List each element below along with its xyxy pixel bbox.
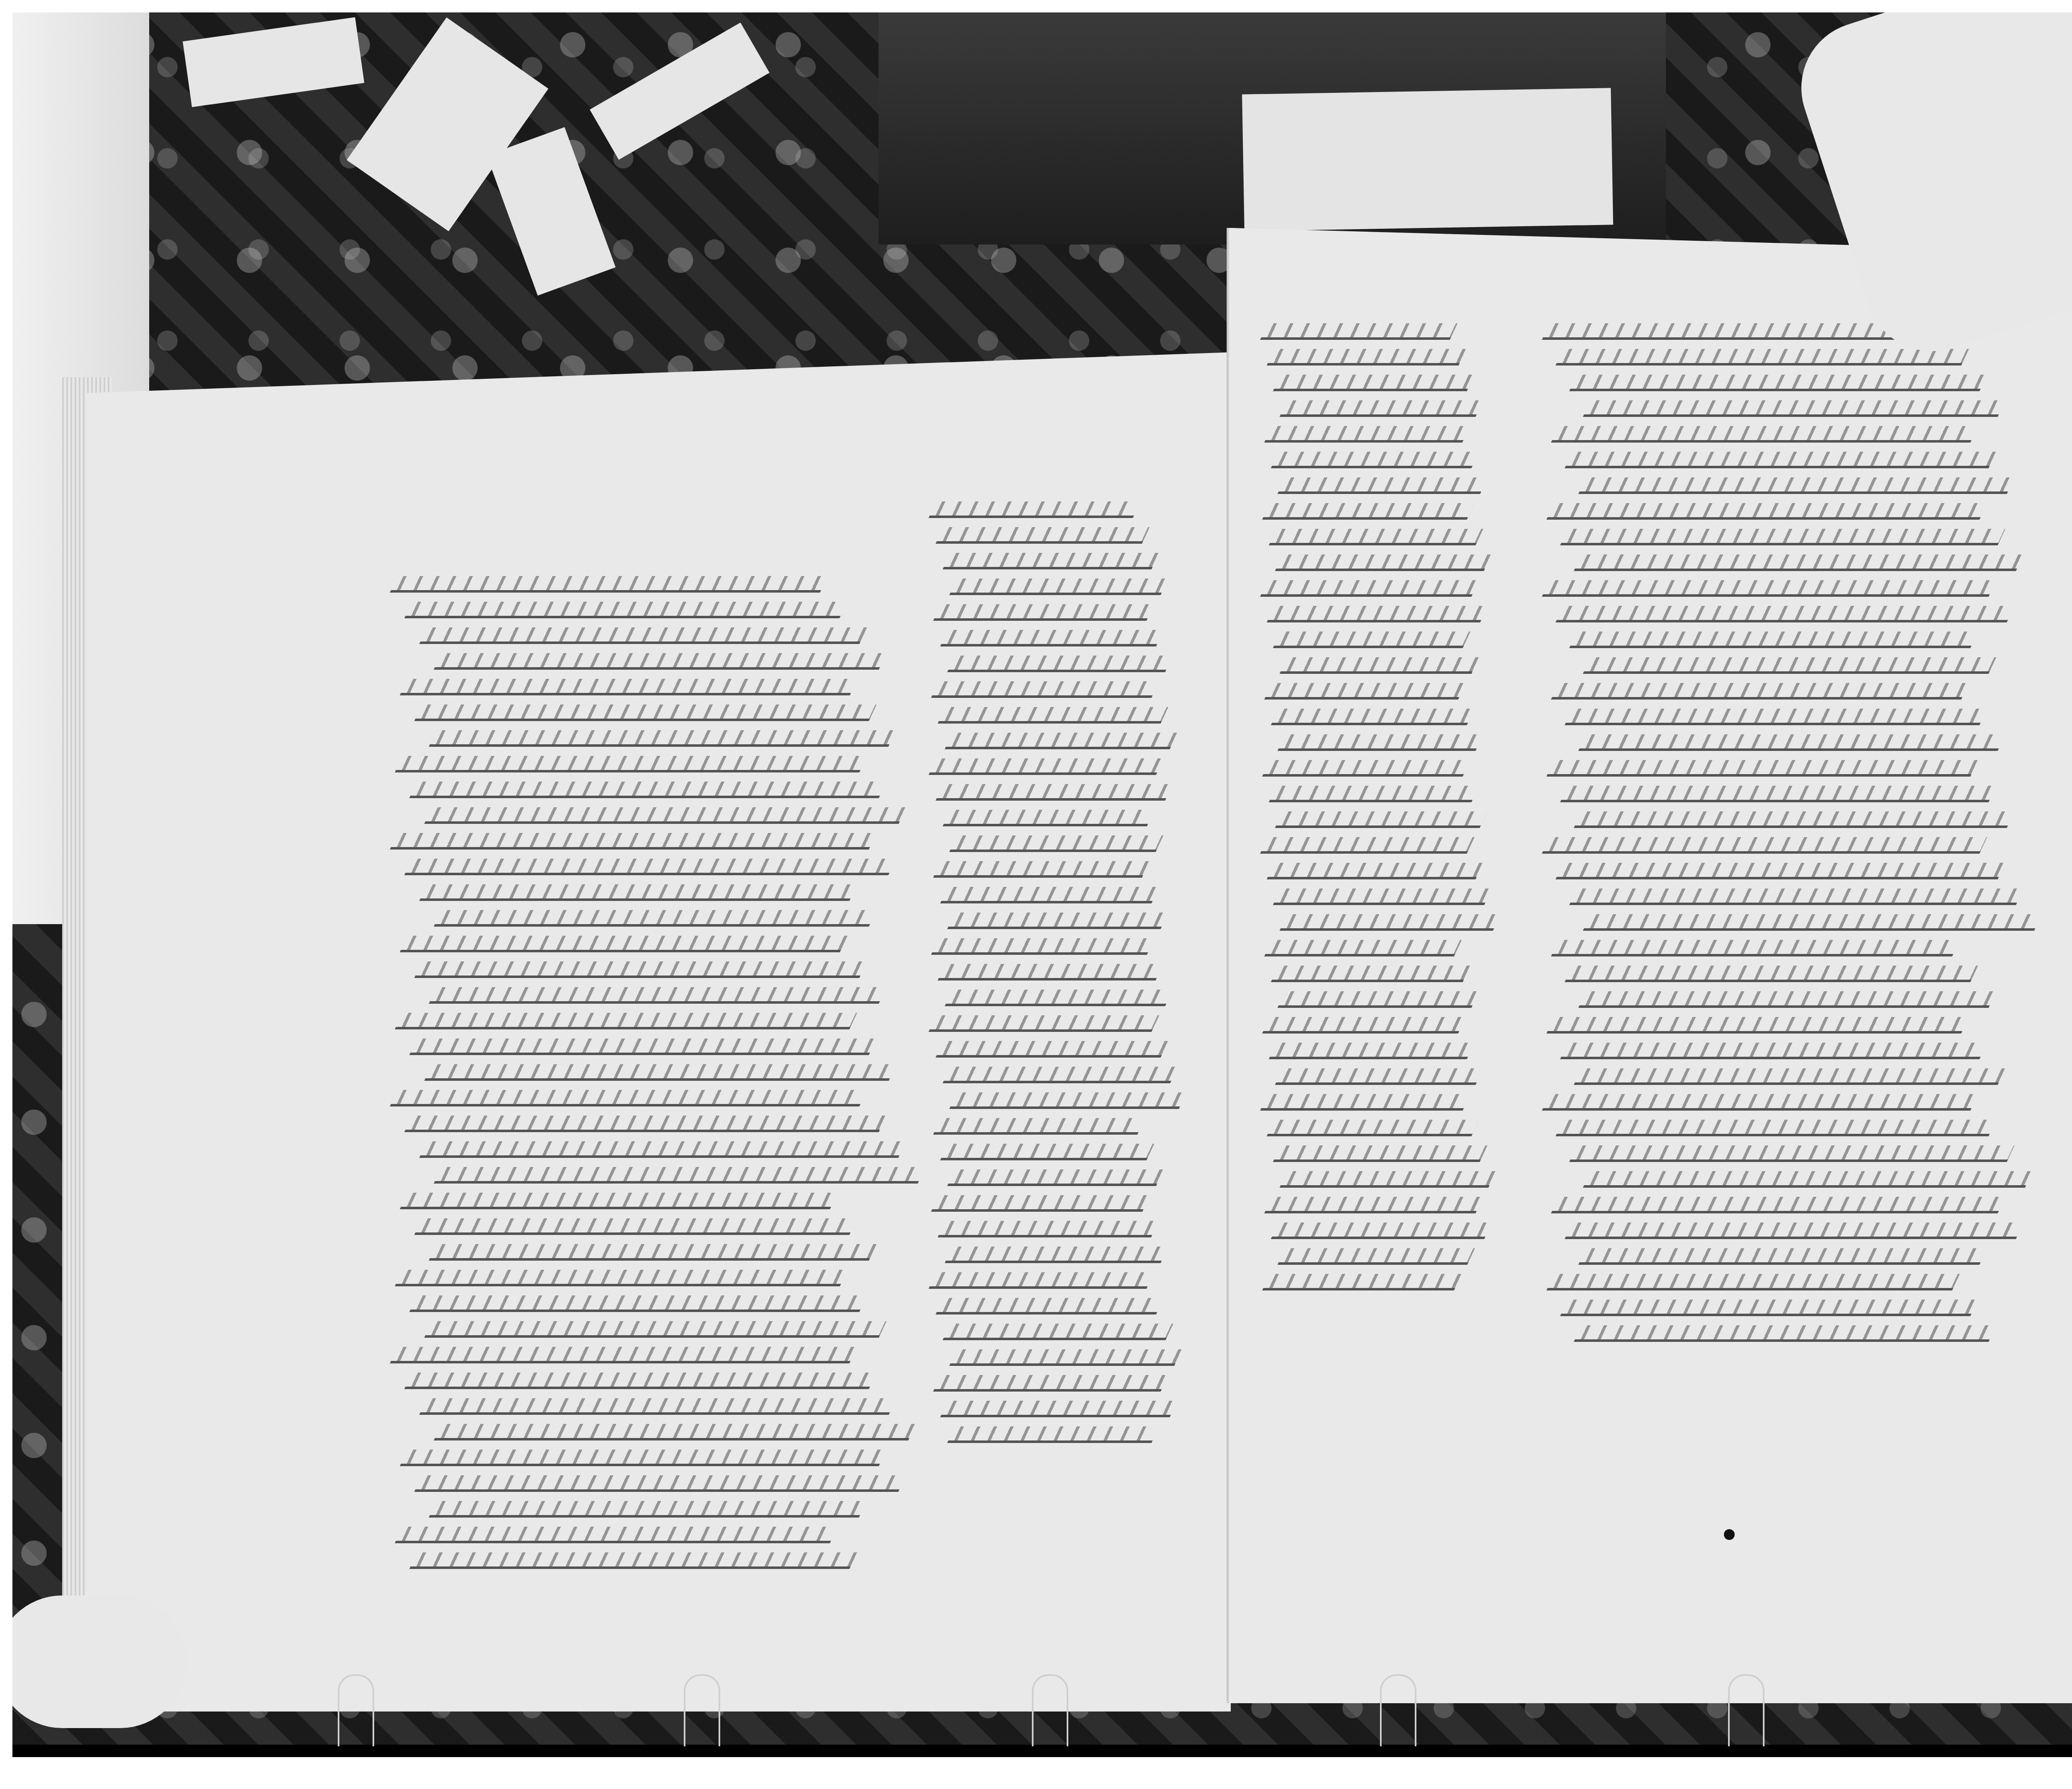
manuscript-text-line	[1264, 426, 1470, 443]
manuscript-text-line	[429, 1244, 877, 1261]
manuscript-text-line	[424, 1321, 886, 1338]
manuscript-text-line	[1264, 683, 1466, 700]
manuscript-text-line	[1556, 606, 2015, 622]
manuscript-text-line	[434, 910, 877, 927]
manuscript-text-line	[1268, 1043, 1474, 1059]
manuscript-text-line	[399, 679, 857, 695]
manuscript-text-line	[1551, 683, 1969, 700]
manuscript-text-line	[1273, 888, 1492, 905]
left-page-outer-column	[394, 576, 883, 1569]
manuscript-text-line	[399, 936, 847, 952]
manuscript-text-line	[935, 784, 1173, 801]
open-manuscript	[62, 228, 2072, 1703]
manuscript-text-line	[938, 1221, 1159, 1237]
manuscript-text-line	[390, 576, 828, 593]
manuscript-text-line	[929, 501, 1140, 518]
manuscript-text-line	[1268, 529, 1483, 545]
manuscript-text-line	[395, 1270, 847, 1286]
manuscript-text-line	[935, 1298, 1164, 1315]
left-page	[87, 352, 1231, 1712]
manuscript-text-line	[409, 1295, 867, 1312]
manuscript-text-line	[404, 602, 847, 618]
manuscript-text-line	[1556, 349, 1969, 366]
manuscript-text-line	[1569, 888, 2024, 905]
film-sprocket	[1380, 1674, 1416, 1746]
manuscript-text-line	[409, 1039, 877, 1055]
manuscript-text-line	[945, 1247, 1168, 1263]
manuscript-text-line	[395, 756, 867, 772]
manuscript-text-line	[399, 1450, 886, 1466]
manuscript-text-line	[390, 1347, 857, 1363]
manuscript-text-line	[404, 1373, 877, 1389]
manuscript-text-line	[1578, 734, 2006, 751]
manuscript-text-line	[1271, 709, 1475, 725]
manuscript-text-line	[938, 964, 1164, 980]
manuscript-text-line	[434, 1167, 926, 1184]
manuscript-text-line	[929, 1272, 1155, 1289]
manuscript-text-line	[399, 1193, 838, 1209]
manuscript-text-line	[949, 1349, 1182, 1366]
manuscript-text-line	[419, 884, 857, 901]
manuscript-text-line	[933, 604, 1155, 621]
photo-frame	[12, 12, 2072, 1745]
manuscript-text-line	[947, 1169, 1164, 1186]
manuscript-text-line	[942, 1324, 1173, 1340]
right-page-outer-column	[1546, 323, 2002, 1342]
manuscript-text-line	[1279, 657, 1479, 674]
manuscript-text-line	[947, 1426, 1159, 1443]
manuscript-text-line	[434, 653, 886, 670]
manuscript-text-line	[1271, 966, 1470, 982]
manuscript-text-line	[942, 553, 1159, 569]
film-sprocket	[338, 1674, 374, 1746]
manuscript-text-line	[1569, 375, 1987, 391]
manuscript-text-line	[429, 730, 896, 747]
film-sprocket	[1728, 1674, 1765, 1746]
manuscript-text-line	[390, 1090, 867, 1106]
manuscript-text-line	[1547, 760, 1978, 777]
film-sprocket	[684, 1674, 720, 1746]
manuscript-text-line	[931, 1195, 1150, 1212]
manuscript-text-line	[1560, 1043, 1987, 1059]
manuscript-text-line	[424, 1064, 896, 1081]
manuscript-text-line	[1266, 606, 1487, 622]
hand-bottom-left	[12, 1595, 186, 1728]
manuscript-text-line	[933, 861, 1150, 878]
right-page	[1231, 228, 2072, 1703]
manuscript-text-line	[1542, 837, 1987, 854]
manuscript-text-line	[409, 782, 886, 798]
manuscript-text-line	[931, 681, 1159, 698]
manuscript-text-line	[1271, 1223, 1492, 1239]
manuscript-text-line	[1273, 1145, 1488, 1162]
manuscript-text-line	[1275, 1068, 1483, 1085]
manuscript-text-line	[938, 707, 1168, 724]
manuscript-text-line	[429, 1501, 867, 1518]
manuscript-text-line	[1279, 1171, 1496, 1188]
manuscript-text-line	[940, 887, 1159, 903]
manuscript-text-line	[404, 1116, 886, 1132]
manuscript-text-line	[434, 1424, 916, 1440]
manuscript-text-line	[929, 758, 1164, 775]
ink-dot	[1724, 1529, 1735, 1540]
film-edge	[12, 1745, 2072, 1757]
manuscript-text-line	[390, 833, 877, 850]
manuscript-text-line	[1262, 1274, 1462, 1290]
manuscript-text-line	[1578, 477, 2015, 494]
manuscript-text-line	[404, 859, 896, 875]
manuscript-text-line	[940, 1401, 1178, 1417]
manuscript-text-line	[1551, 940, 1960, 956]
manuscript-text-line	[1574, 1325, 1997, 1342]
manuscript-text-line	[424, 807, 906, 824]
manuscript-text-line	[1565, 709, 1987, 725]
manuscript-text-line	[419, 1398, 896, 1415]
manuscript-text-line	[1569, 1145, 2015, 1162]
manuscript-text-line	[1266, 349, 1466, 366]
manuscript-text-line	[942, 1067, 1177, 1083]
manuscript-text-line	[1260, 323, 1457, 340]
manuscript-text-line	[1277, 991, 1479, 1008]
manuscript-text-line	[931, 938, 1154, 955]
manuscript-text-line	[1273, 375, 1475, 391]
manuscript-text-line	[935, 527, 1150, 544]
manuscript-text-line	[1551, 426, 1978, 443]
manuscript-text-line	[933, 1375, 1168, 1392]
manuscript-text-line	[1556, 1120, 1997, 1136]
manuscript-text-line	[940, 630, 1164, 646]
manuscript-text-line	[935, 1041, 1168, 1058]
manuscript-text-line	[942, 810, 1154, 826]
manuscript-text-line	[1279, 914, 1500, 931]
manuscript-text-line	[409, 1552, 857, 1569]
manuscript-text-line	[1560, 786, 1997, 802]
manuscript-text-line	[1260, 1094, 1470, 1111]
manuscript-text-line	[1583, 914, 2042, 931]
manuscript-text-line	[929, 1015, 1159, 1032]
manuscript-text-line	[1271, 452, 1479, 468]
manuscript-text-line	[1262, 760, 1470, 777]
film-sprocket	[1032, 1674, 1068, 1746]
manuscript-text-line	[1264, 940, 1462, 956]
manuscript-text-line	[1569, 632, 1978, 648]
manuscript-text-line	[1547, 1274, 1960, 1290]
manuscript-text-line	[1583, 1171, 2033, 1188]
manuscript-text-line	[1266, 1120, 1479, 1136]
manuscript-text-line	[1574, 811, 2015, 828]
manuscript-text-line	[1560, 529, 2006, 545]
manuscript-text-line	[414, 961, 867, 978]
manuscript-text-line	[1542, 1094, 1978, 1111]
manuscript-text-line	[1277, 1248, 1474, 1265]
left-page-inner-column	[932, 501, 1164, 1443]
manuscript-text-line	[429, 987, 886, 1004]
manuscript-text-line	[1277, 477, 1487, 494]
manuscript-text-line	[1583, 400, 2006, 417]
manuscript-text-line	[945, 733, 1178, 749]
manuscript-text-line	[1260, 837, 1475, 854]
manuscript-text-line	[1574, 1068, 2006, 1085]
manuscript-text-line	[1277, 734, 1483, 751]
manuscript-text-line	[1547, 503, 1987, 520]
manuscript-text-line	[1279, 400, 1483, 417]
manuscript-text-line	[414, 704, 877, 721]
manuscript-text-line	[395, 1527, 838, 1543]
manuscript-text-line	[947, 913, 1168, 929]
manuscript-text-line	[414, 1475, 906, 1492]
manuscript-text-line	[945, 990, 1173, 1006]
manuscript-text-line	[947, 656, 1173, 672]
manuscript-text-line	[1260, 580, 1479, 597]
manuscript-text-line	[419, 627, 867, 644]
manuscript-text-line	[1268, 786, 1479, 802]
manuscript-text-line	[1551, 1197, 2006, 1213]
manuscript-text-line	[949, 579, 1168, 595]
manuscript-text-line	[1273, 632, 1470, 648]
manuscript-text-line	[1262, 503, 1475, 520]
manuscript-text-line	[1264, 1197, 1483, 1213]
manuscript-text-line	[1565, 1223, 2024, 1239]
manuscript-text-line	[1560, 1300, 1978, 1316]
label-card	[1242, 88, 1613, 231]
manuscript-text-line	[940, 1144, 1155, 1160]
manuscript-text-line	[933, 1118, 1145, 1135]
manuscript-text-line	[1275, 811, 1488, 828]
manuscript-text-line	[414, 1218, 857, 1235]
manuscript-text-line	[1583, 657, 1997, 674]
manuscript-text-line	[1574, 554, 2024, 571]
manuscript-text-line	[1547, 1017, 1969, 1034]
manuscript-text-line	[1578, 1248, 1987, 1265]
manuscript-text-line	[949, 1092, 1187, 1109]
manuscript-text-line	[395, 1013, 857, 1029]
manuscript-text-line	[1565, 966, 1978, 982]
manuscript-text-line	[1262, 1017, 1466, 1034]
manuscript-text-line	[1275, 554, 1492, 571]
manuscript-text-line	[419, 1141, 906, 1158]
manuscript-text-line	[1266, 863, 1483, 879]
manuscript-text-line	[1542, 580, 1997, 597]
manuscript-text-line	[1556, 863, 2006, 879]
manuscript-text-line	[949, 835, 1164, 852]
manuscript-text-line	[1578, 991, 1997, 1008]
right-page-inner-column	[1264, 323, 1479, 1290]
manuscript-text-line	[1565, 452, 1997, 468]
